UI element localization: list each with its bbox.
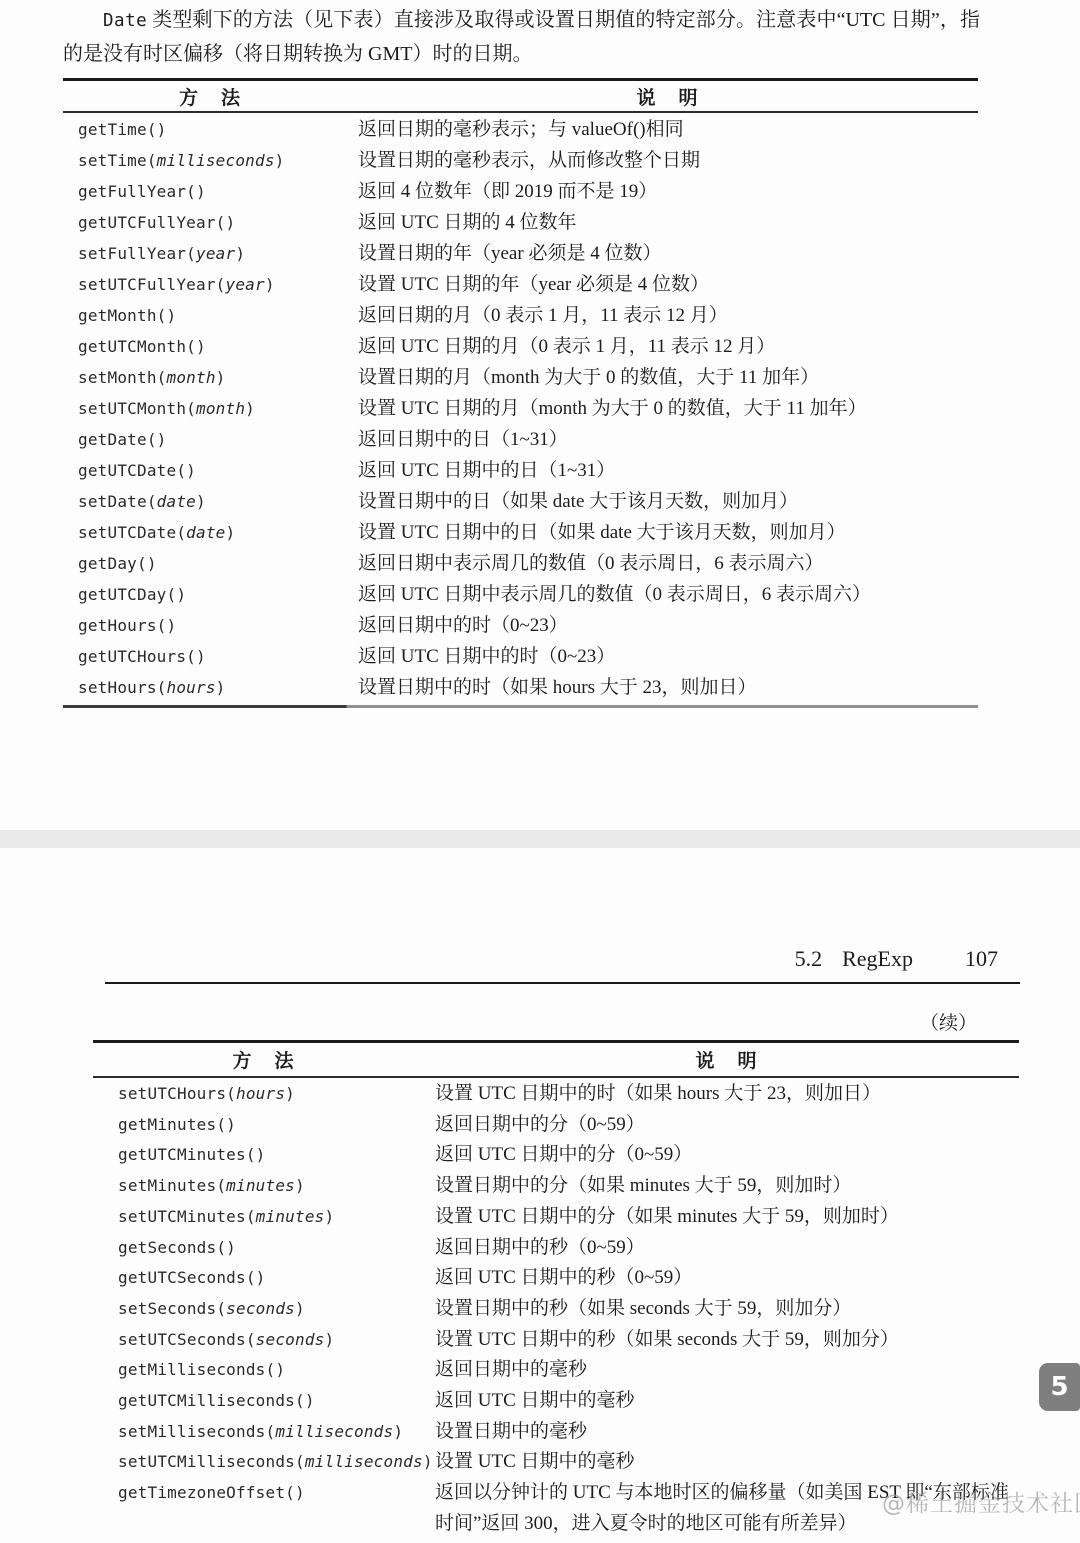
method-cell: setHours(hours) (63, 672, 358, 703)
table-row: setUTCMinutes(minutes)设置 UTC 日期中的分（如果 mi… (93, 1202, 1019, 1233)
method-cell: setUTCSeconds(seconds) (93, 1325, 435, 1356)
table-row: getUTCSeconds()返回 UTC 日期中的秒（0~59） (93, 1263, 1019, 1294)
table-row: getUTCDay()返回 UTC 日期中表示周几的数值（0 表示周日，6 表示… (63, 579, 978, 610)
method-column-header: 方 法 (63, 83, 358, 110)
method-cell: getUTCMilliseconds() (93, 1386, 435, 1417)
method-cell: setFullYear(year) (63, 238, 358, 269)
table-row: setMinutes(minutes)设置日期中的分（如果 minutes 大于… (93, 1171, 1019, 1202)
table-continued-label: （续） (93, 1008, 977, 1035)
table-body: setUTCHours(hours)设置 UTC 日期中的时（如果 hours … (93, 1078, 1019, 1540)
description-cell: 设置日期中的秒（如果 seconds 大于 59，则加分） (435, 1294, 1019, 1325)
table-row: setUTCSeconds(seconds)设置 UTC 日期中的秒（如果 se… (93, 1325, 1019, 1356)
intro-text: 类型剩下的方法（见下表）直接涉及取得或设置日期值的特定部分。注意表中“UTC 日… (63, 9, 980, 65)
table-row: setUTCMilliseconds(milliseconds)设置 UTC 日… (93, 1447, 1019, 1478)
method-cell: getUTCFullYear() (63, 207, 358, 238)
method-cell: setMonth(month) (63, 362, 358, 393)
method-cell: getHours() (63, 610, 358, 641)
method-cell: getUTCDay() (63, 579, 358, 610)
description-cell: 设置 UTC 日期的月（month 为大于 0 的数值，大于 11 加年） (358, 393, 978, 424)
method-cell: getTimezoneOffset() (93, 1478, 435, 1509)
description-cell: 设置日期中的时（如果 hours 大于 23，则加日） (358, 672, 978, 703)
method-cell: getUTCDate() (63, 455, 358, 486)
table-row: setHours(hours)设置日期中的时（如果 hours 大于 23，则加… (63, 672, 978, 703)
table-row: getDate()返回日期中的日（1~31） (63, 424, 978, 455)
running-header: 5.2RegExp107 (105, 946, 998, 972)
table-row: getUTCMilliseconds()返回 UTC 日期中的毫秒 (93, 1386, 1019, 1417)
table-row: getUTCDate()返回 UTC 日期中的日（1~31） (63, 455, 978, 486)
description-cell: 返回 UTC 日期中的秒（0~59） (435, 1263, 1019, 1294)
chapter-tab-badge: 5 (1039, 1363, 1080, 1411)
description-cell: 设置日期中的毫秒 (435, 1417, 1019, 1448)
method-cell: setDate(date) (63, 486, 358, 517)
table-row: getDay()返回日期中表示周几的数值（0 表示周日，6 表示周六） (63, 548, 978, 579)
method-cell: getMilliseconds() (93, 1355, 435, 1386)
method-cell: setMinutes(minutes) (93, 1171, 435, 1202)
table-row: getMonth()返回日期的月（0 表示 1 月，11 表示 12 月） (63, 300, 978, 331)
section-title: RegExp (842, 946, 913, 971)
method-cell: getUTCMinutes() (93, 1140, 435, 1171)
description-column-header: 说 明 (435, 1046, 1019, 1073)
method-cell: getUTCMonth() (63, 331, 358, 362)
description-cell: 返回日期中的时（0~23） (358, 610, 978, 641)
table-row: getMilliseconds()返回日期中的毫秒 (93, 1355, 1019, 1386)
method-cell: setTime(milliseconds) (63, 145, 358, 176)
description-cell: 返回日期中的秒（0~59） (435, 1233, 1019, 1264)
description-cell: 返回 UTC 日期中的时（0~23） (358, 641, 978, 672)
date-methods-table-part2: 方 法 说 明 setUTCHours(hours)设置 UTC 日期中的时（如… (93, 1040, 1019, 1543)
section-number: 5.2 (795, 946, 823, 971)
table-row: getTimezoneOffset()返回以分钟计的 UTC 与本地时区的偏移量… (93, 1478, 1019, 1539)
description-cell: 设置 UTC 日期中的毫秒 (435, 1447, 1019, 1478)
description-cell: 设置 UTC 日期中的时（如果 hours 大于 23，则加日） (435, 1079, 1019, 1110)
table-row: getUTCMinutes()返回 UTC 日期中的分（0~59） (93, 1140, 1019, 1171)
table-row: getUTCHours()返回 UTC 日期中的时（0~23） (63, 641, 978, 672)
description-cell: 返回 UTC 日期中表示周几的数值（0 表示周日，6 表示周六） (358, 579, 978, 610)
method-cell: getFullYear() (63, 176, 358, 207)
intro-paragraph: Date 类型剩下的方法（见下表）直接涉及取得或设置日期值的特定部分。注意表中“… (63, 4, 980, 71)
table-row: getHours()返回日期中的时（0~23） (63, 610, 978, 641)
description-cell: 设置日期的月（month 为大于 0 的数值，大于 11 加年） (358, 362, 978, 393)
table-row: setUTCDate(date)设置 UTC 日期中的日（如果 date 大于该… (63, 517, 978, 548)
method-column-header: 方 法 (93, 1046, 435, 1073)
method-cell: setUTCHours(hours) (93, 1079, 435, 1110)
method-cell: setUTCDate(date) (63, 517, 358, 548)
date-methods-table-part1: 方 法 说 明 getTime()返回日期的毫秒表示；与 valueOf()相同… (63, 78, 978, 708)
table-header-row: 方 法 说 明 (93, 1043, 1019, 1078)
method-cell: getMinutes() (93, 1110, 435, 1141)
table-row: setTime(milliseconds)设置日期的毫秒表示，从而修改整个日期 (63, 145, 978, 176)
method-cell: getSeconds() (93, 1233, 435, 1264)
description-cell: 返回 UTC 日期的 4 位数年 (358, 207, 978, 238)
table-row: setSeconds(seconds)设置日期中的秒（如果 seconds 大于… (93, 1294, 1019, 1325)
description-cell: 设置日期中的分（如果 minutes 大于 59，则加时） (435, 1171, 1019, 1202)
table-row: getSeconds()返回日期中的秒（0~59） (93, 1233, 1019, 1264)
description-cell: 设置 UTC 日期的年（year 必须是 4 位数） (358, 269, 978, 300)
table-row: getFullYear()返回 4 位数年（即 2019 而不是 19） (63, 176, 978, 207)
description-cell: 设置日期中的日（如果 date 大于该月天数，则加月） (358, 486, 978, 517)
method-cell: getDay() (63, 548, 358, 579)
description-cell: 设置日期的年（year 必须是 4 位数） (358, 238, 978, 269)
method-cell: getUTCSeconds() (93, 1263, 435, 1294)
site-watermark: @稀土掘金技术社区 (882, 1485, 1080, 1518)
table-row: setMonth(month)设置日期的月（month 为大于 0 的数值，大于… (63, 362, 978, 393)
table-row: setMilliseconds(milliseconds)设置日期中的毫秒 (93, 1417, 1019, 1448)
page-number: 107 (965, 946, 998, 971)
description-column-header: 说 明 (358, 83, 978, 110)
method-cell: setSeconds(seconds) (93, 1294, 435, 1325)
description-cell: 设置 UTC 日期中的分（如果 minutes 大于 59，则加时） (435, 1202, 1019, 1233)
description-cell: 返回日期中的分（0~59） (435, 1110, 1019, 1141)
method-cell: setUTCFullYear(year) (63, 269, 358, 300)
description-cell: 设置日期的毫秒表示，从而修改整个日期 (358, 145, 978, 176)
table-body: getTime()返回日期的毫秒表示；与 valueOf()相同setTime(… (63, 113, 978, 703)
method-cell: getDate() (63, 424, 358, 455)
description-cell: 返回日期中的毫秒 (435, 1355, 1019, 1386)
description-cell: 返回 UTC 日期中的分（0~59） (435, 1140, 1019, 1171)
method-cell: setMilliseconds(milliseconds) (93, 1417, 435, 1448)
description-cell: 返回日期的月（0 表示 1 月，11 表示 12 月） (358, 300, 978, 331)
table-row: setUTCHours(hours)设置 UTC 日期中的时（如果 hours … (93, 1079, 1019, 1110)
intro-code-term: Date (103, 11, 147, 31)
table-row: getUTCMonth()返回 UTC 日期的月（0 表示 1 月，11 表示 … (63, 331, 978, 362)
table-bottom-rule (63, 705, 978, 708)
method-cell: getTime() (63, 114, 358, 145)
description-cell: 设置 UTC 日期中的秒（如果 seconds 大于 59，则加分） (435, 1325, 1019, 1356)
table-row: getTime()返回日期的毫秒表示；与 valueOf()相同 (63, 114, 978, 145)
method-cell: setUTCMinutes(minutes) (93, 1202, 435, 1233)
table-row: getMinutes()返回日期中的分（0~59） (93, 1110, 1019, 1141)
description-cell: 返回日期中的日（1~31） (358, 424, 978, 455)
description-cell: 返回 UTC 日期的月（0 表示 1 月，11 表示 12 月） (358, 331, 978, 362)
table-row: setUTCMonth(month)设置 UTC 日期的月（month 为大于 … (63, 393, 978, 424)
description-cell: 返回 UTC 日期中的毫秒 (435, 1386, 1019, 1417)
description-cell: 返回日期中表示周几的数值（0 表示周日，6 表示周六） (358, 548, 978, 579)
description-cell: 设置 UTC 日期中的日（如果 date 大于该月天数，则加月） (358, 517, 978, 548)
table-row: setDate(date)设置日期中的日（如果 date 大于该月天数，则加月） (63, 486, 978, 517)
table-row: getUTCFullYear()返回 UTC 日期的 4 位数年 (63, 207, 978, 238)
description-cell: 返回 4 位数年（即 2019 而不是 19） (358, 176, 978, 207)
method-cell: getMonth() (63, 300, 358, 331)
description-cell: 返回日期的毫秒表示；与 valueOf()相同 (358, 114, 978, 145)
description-cell: 返回 UTC 日期中的日（1~31） (358, 455, 978, 486)
page-separator-band (0, 830, 1080, 848)
method-cell: getUTCHours() (63, 641, 358, 672)
running-header-rule (105, 982, 1020, 984)
method-cell: setUTCMilliseconds(milliseconds) (93, 1447, 435, 1478)
table-header-row: 方 法 说 明 (63, 81, 978, 113)
method-cell: setUTCMonth(month) (63, 393, 358, 424)
table-row: setFullYear(year)设置日期的年（year 必须是 4 位数） (63, 238, 978, 269)
table-row: setUTCFullYear(year)设置 UTC 日期的年（year 必须是… (63, 269, 978, 300)
